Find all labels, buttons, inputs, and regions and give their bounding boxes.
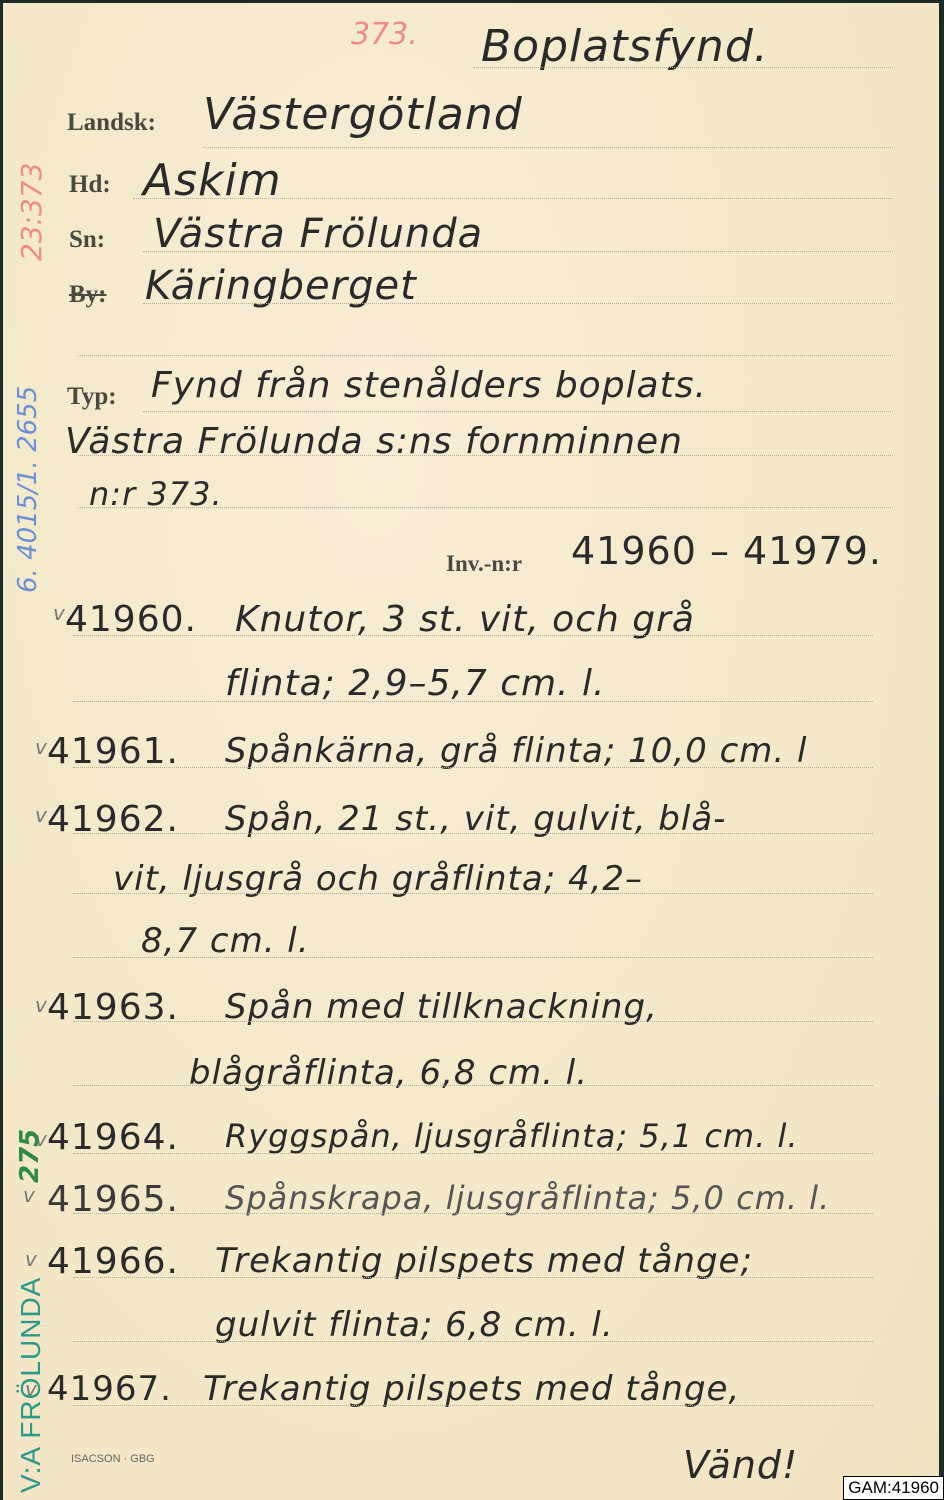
rule <box>203 147 893 148</box>
entry-line: Trekantig pilspets med tånge; <box>215 1241 753 1281</box>
rule <box>133 198 893 199</box>
checkmark: v <box>25 1247 38 1271</box>
checkmark: v <box>53 601 66 625</box>
by-label: By: <box>69 281 107 309</box>
rule <box>143 303 893 304</box>
rule <box>73 1153 873 1154</box>
entry-line: Knutor, 3 st. vit, och grå <box>235 599 695 640</box>
entry-line: 8,7 cm. l. <box>141 921 310 961</box>
entry-number: 41967. <box>47 1369 172 1409</box>
rule <box>73 701 873 702</box>
rule <box>73 1021 873 1022</box>
entry-line: gulvit flinta; 6,8 cm. l. <box>215 1305 614 1345</box>
card-title: Boplatsfynd. <box>481 21 769 72</box>
margin-blue-note: 6. 4015/1. 2655 <box>13 386 43 593</box>
rule <box>73 1085 873 1086</box>
rule <box>78 507 893 508</box>
rule <box>143 411 893 412</box>
entry-number: 41960. <box>65 599 197 640</box>
checkmark: v <box>23 1183 36 1207</box>
catalog-card: 373. Boplatsfynd. Landsk: Västergötland … <box>3 3 939 1500</box>
rule <box>73 893 873 894</box>
rule <box>73 1213 873 1214</box>
rule <box>73 833 873 834</box>
entry-line: Trekantig pilspets med tånge, <box>203 1369 740 1409</box>
entry-line: flinta; 2,9–5,7 cm. l. <box>225 663 605 704</box>
rule <box>143 251 893 252</box>
inv-label: Inv.-n:r <box>446 551 522 577</box>
typ-label: Typ: <box>67 383 117 411</box>
margin-red-note: 23:373 <box>15 162 48 261</box>
entry-line: Spånskrapa, ljusgråflinta; 5,0 cm. l. <box>225 1179 830 1217</box>
typ-line1: Fynd från stenålders boplats. <box>151 365 707 406</box>
rule <box>73 767 873 768</box>
red-catalog-number: 373. <box>351 17 418 52</box>
rule <box>473 67 893 68</box>
rule <box>73 1341 873 1342</box>
checkmark: v <box>35 803 48 827</box>
entry-number: 41961. <box>47 731 179 772</box>
printer-mark: ISACSON · GBG <box>71 1453 155 1465</box>
turn-note: Vänd! <box>683 1443 798 1487</box>
landsk-value: Västergötland <box>203 89 523 140</box>
entry-number: 41964. <box>47 1117 179 1158</box>
entry-line: Ryggspån, ljusgråflinta; 5,1 cm. l. <box>225 1117 799 1155</box>
archive-label: GAM:41960 <box>843 1476 944 1500</box>
inv-value: 41960 – 41979. <box>571 529 882 573</box>
checkmark: v <box>35 735 48 759</box>
entry-line: blågråflinta, 6,8 cm. l. <box>189 1053 588 1093</box>
rule <box>73 1405 873 1406</box>
sn-label: Sn: <box>69 226 105 254</box>
hd-label: Hd: <box>69 171 111 199</box>
margin-green-handwritten: 275 <box>15 1129 45 1183</box>
rule <box>73 635 873 636</box>
rule <box>73 957 873 958</box>
rule <box>78 455 893 456</box>
rule <box>78 355 893 356</box>
rule <box>73 1277 873 1278</box>
entry-line: Spånkärna, grå flinta; 10,0 cm. l <box>225 731 807 771</box>
entry-number: 41966. <box>47 1241 179 1282</box>
margin-green-stamp: V:A FRÖLUNDA <box>15 1277 47 1493</box>
checkmark: v <box>35 993 48 1017</box>
landsk-label: Landsk: <box>67 109 156 137</box>
